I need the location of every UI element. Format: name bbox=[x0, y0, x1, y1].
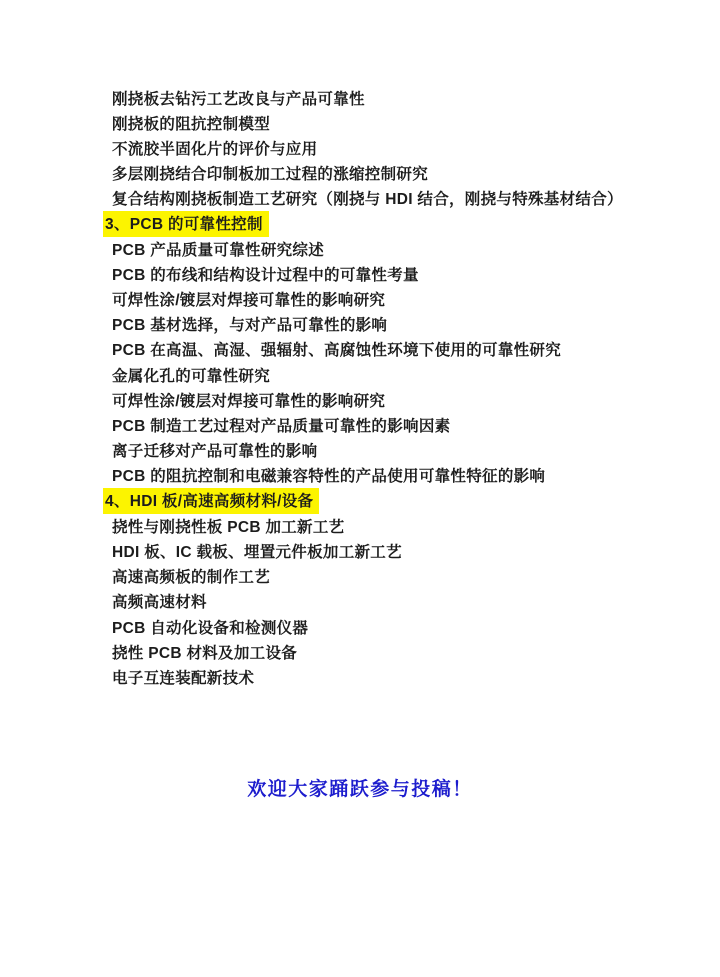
topic-text: 挠性与刚挠性板 PCB 加工新工艺 bbox=[112, 515, 344, 537]
topic-line: 可焊性涂/镀层对焊接可靠性的影响研究 bbox=[0, 387, 720, 412]
topic-line: 不流胶半固化片的评价与应用 bbox=[0, 135, 720, 160]
topic-text: 高速高频板的制作工艺 bbox=[112, 565, 270, 587]
topic-text: PCB 制造工艺过程对产品质量可靠性的影响因素 bbox=[112, 414, 450, 436]
topic-text: HDI 板、IC 载板、埋置元件板加工新工艺 bbox=[112, 540, 402, 562]
topic-text: 复合结构刚挠板制造工艺研究（刚挠与 HDI 结合，刚挠与特殊基材结合） bbox=[112, 187, 623, 209]
topic-text: PCB 的布线和结构设计过程中的可靠性考量 bbox=[112, 263, 419, 285]
topic-line: 金属化孔的可靠性研究 bbox=[0, 362, 720, 387]
topic-text: 高频高速材料 bbox=[112, 590, 207, 612]
topic-line: 高速高频板的制作工艺 bbox=[0, 564, 720, 589]
topic-line: PCB 在高温、高湿、强辐射、高腐蚀性环境下使用的可靠性研究 bbox=[0, 337, 720, 362]
topic-line: 刚挠板的阻抗控制模型 bbox=[0, 110, 720, 135]
topic-text: 离子迁移对产品可靠性的影响 bbox=[112, 439, 317, 461]
topic-text: 挠性 PCB 材料及加工设备 bbox=[112, 641, 297, 663]
topic-line: 离子迁移对产品可靠性的影响 bbox=[0, 438, 720, 463]
topic-line: 复合结构刚挠板制造工艺研究（刚挠与 HDI 结合，刚挠与特殊基材结合） bbox=[0, 186, 720, 211]
topic-text: 刚挠板的阻抗控制模型 bbox=[112, 112, 270, 134]
topic-text: 电子互连装配新技术 bbox=[112, 666, 254, 688]
topic-line: HDI 板、IC 载板、埋置元件板加工新工艺 bbox=[0, 538, 720, 563]
topic-text: 刚挠板去钻污工艺改良与产品可靠性 bbox=[112, 87, 365, 109]
section-header-text: 4、HDI 板/高速高频材料/设备 bbox=[103, 488, 319, 514]
section-header-text: 3、PCB 的可靠性控制 bbox=[103, 211, 269, 237]
topic-line: 挠性 PCB 材料及加工设备 bbox=[0, 639, 720, 664]
topic-line: 高频高速材料 bbox=[0, 589, 720, 614]
topic-text: PCB 在高温、高湿、强辐射、高腐蚀性环境下使用的可靠性研究 bbox=[112, 338, 561, 360]
document-page: 刚挠板去钻污工艺改良与产品可靠性 刚挠板的阻抗控制模型 不流胶半固化片的评价与应… bbox=[0, 85, 720, 690]
topic-line: PCB 的阻抗控制和电磁兼容特性的产品使用可靠性特征的影响 bbox=[0, 463, 720, 488]
topic-text: PCB 的阻抗控制和电磁兼容特性的产品使用可靠性特征的影响 bbox=[112, 464, 545, 486]
topic-text: 可焊性涂/镀层对焊接可靠性的影响研究 bbox=[112, 389, 385, 411]
topic-text: PCB 基材选择，与对产品可靠性的影响 bbox=[112, 313, 387, 335]
section-header-4: 4、HDI 板/高速高频材料/设备 bbox=[0, 488, 720, 513]
topic-line: 电子互连装配新技术 bbox=[0, 664, 720, 689]
topic-line: PCB 自动化设备和检测仪器 bbox=[0, 614, 720, 639]
topic-line: 挠性与刚挠性板 PCB 加工新工艺 bbox=[0, 513, 720, 538]
closing-note: 欢迎大家踊跃参与投稿！ bbox=[0, 774, 720, 801]
topic-text: 金属化孔的可靠性研究 bbox=[112, 364, 270, 386]
topic-text: 可焊性涂/镀层对焊接可靠性的影响研究 bbox=[112, 288, 385, 310]
topic-text: 多层刚挠结合印制板加工过程的涨缩控制研究 bbox=[112, 162, 428, 184]
topic-line: 多层刚挠结合印制板加工过程的涨缩控制研究 bbox=[0, 161, 720, 186]
topic-text: 不流胶半固化片的评价与应用 bbox=[112, 137, 317, 159]
section-header-3: 3、PCB 的可靠性控制 bbox=[0, 211, 720, 236]
topic-text: PCB 产品质量可靠性研究综述 bbox=[112, 238, 324, 260]
topic-text: PCB 自动化设备和检测仪器 bbox=[112, 616, 308, 638]
topic-line: 刚挠板去钻污工艺改良与产品可靠性 bbox=[0, 85, 720, 110]
topic-list: 刚挠板去钻污工艺改良与产品可靠性 刚挠板的阻抗控制模型 不流胶半固化片的评价与应… bbox=[0, 85, 720, 690]
topic-line: PCB 基材选择，与对产品可靠性的影响 bbox=[0, 312, 720, 337]
topic-line: PCB 产品质量可靠性研究综述 bbox=[0, 236, 720, 261]
topic-line: PCB 制造工艺过程对产品质量可靠性的影响因素 bbox=[0, 412, 720, 437]
topic-line: 可焊性涂/镀层对焊接可靠性的影响研究 bbox=[0, 287, 720, 312]
topic-line: PCB 的布线和结构设计过程中的可靠性考量 bbox=[0, 261, 720, 286]
